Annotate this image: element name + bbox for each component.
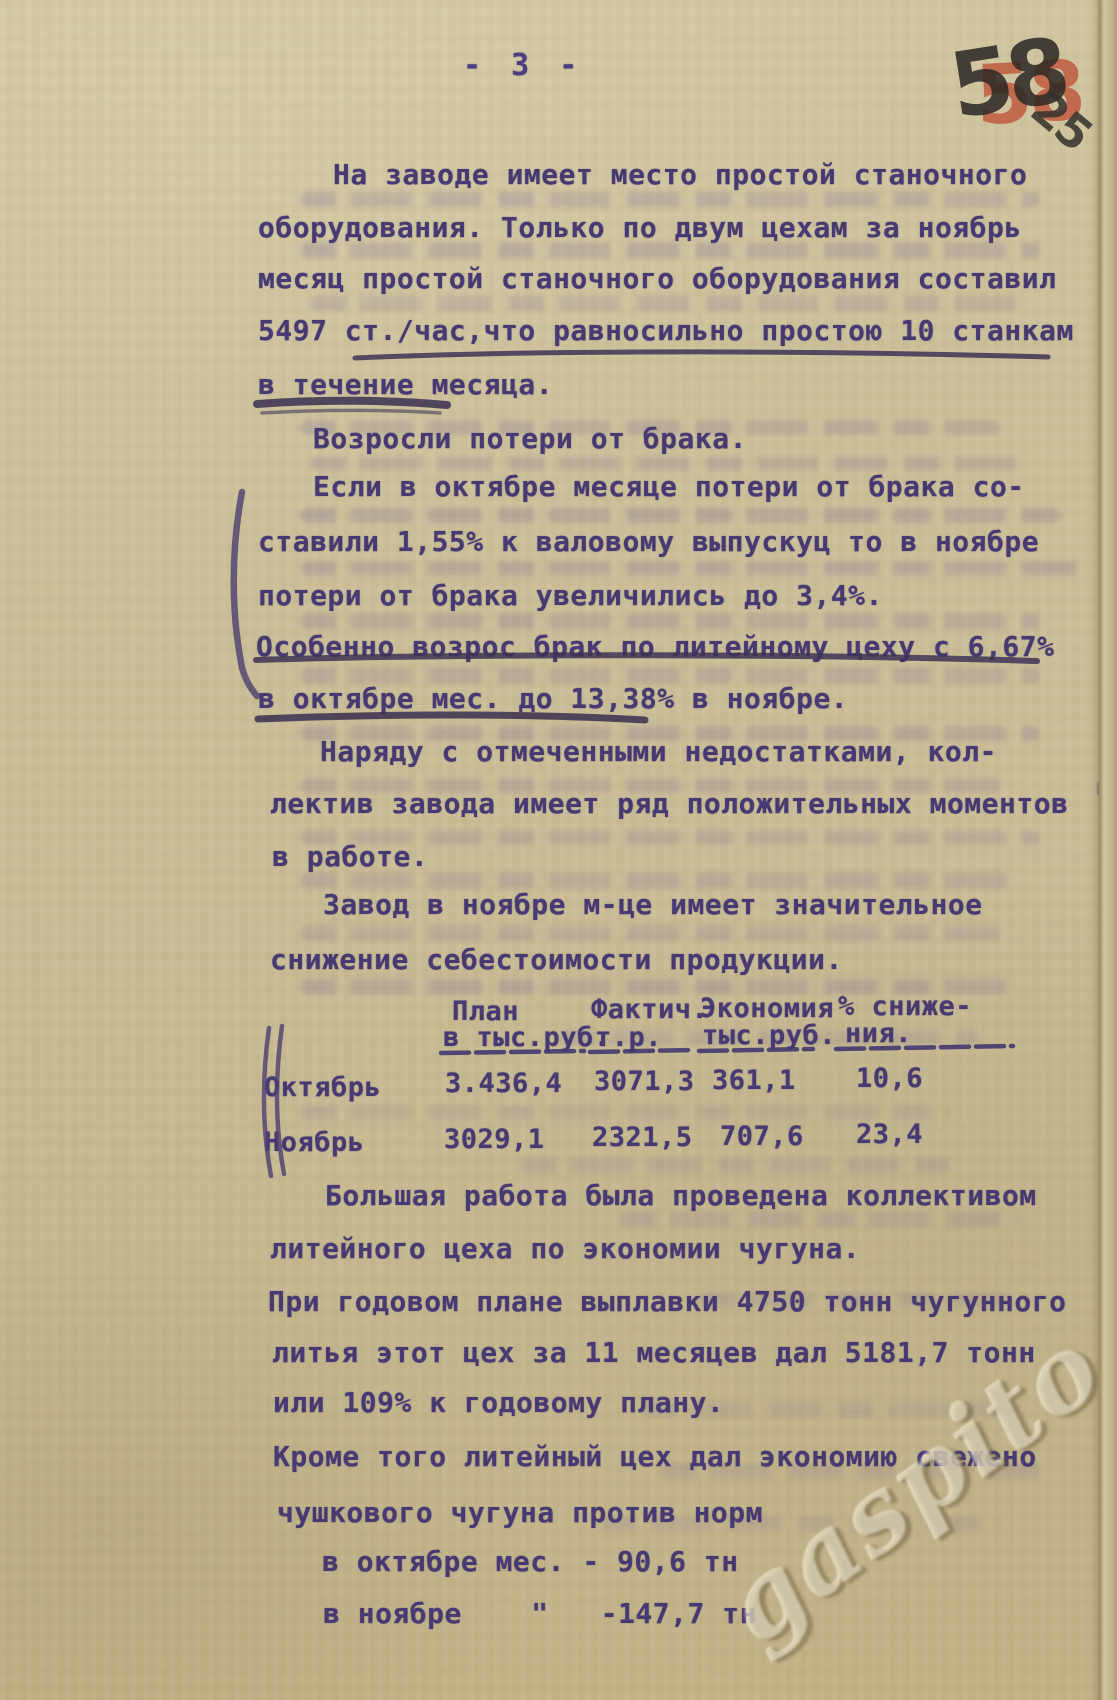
document-page: - 3 - На заводе имеет место простой стан…: [0, 0, 1117, 1700]
bleedthrough-line: [520, 1158, 950, 1173]
bleedthrough-line: [300, 926, 1000, 941]
typed-line: снижение себестоимости продукции.: [270, 943, 843, 976]
typed-line: ставили 1,55% к валовому выпускуц то в н…: [258, 525, 1039, 558]
typed-line: чушкового чугуна против норм: [277, 1496, 763, 1529]
typed-line: или 109% к годовому плану.: [273, 1386, 724, 1419]
table-row-label: Ноябрь: [264, 1127, 365, 1158]
typed-line: Наряду с отмеченными недостатками, кол-: [320, 735, 997, 768]
typed-line: Завод в ноябре м-це имеет значительное: [323, 888, 983, 921]
table-cell: 10,6: [856, 1063, 923, 1094]
typed-line: лектив завода имеет ряд положительных мо…: [270, 787, 1068, 820]
bleedthrough-line: [300, 668, 1040, 683]
bleedthrough-line: [310, 296, 1030, 311]
bleedthrough-line: [300, 508, 1060, 523]
typed-line: в ноябре " -147,7 тн: [323, 1597, 757, 1630]
typed-line: потери от брака увеличились до 3,4%.: [258, 579, 883, 612]
bleedthrough-line: [310, 456, 1030, 471]
underline-stroke: [258, 715, 645, 720]
table-header: в тыс.руб.: [443, 1022, 611, 1053]
typed-line: Если в октябре месяце потери от брака со…: [313, 470, 1025, 503]
typed-line: 5497 ст./час,что равносильно простою 10 …: [258, 314, 1074, 347]
bleedthrough-line: [620, 1212, 1020, 1227]
typed-line: При годовом плане выплавки 4750 тонн чуг…: [268, 1285, 1066, 1318]
bleedthrough-line: [300, 243, 1040, 258]
bleedthrough-line: [300, 614, 1040, 629]
typed-line: литейного цеха по экономии чугуна.: [270, 1232, 860, 1265]
table-header: т.р.: [595, 1022, 662, 1053]
page-right-edge: [1090, 0, 1117, 1700]
typed-line: в работе.: [272, 840, 428, 873]
bleedthrough-line: [300, 192, 1040, 207]
typed-line: Особенно возрос брак по литейному цеху с…: [256, 630, 1054, 663]
typed-line: месяц простой станочного оборудования со…: [258, 262, 1056, 295]
bleedthrough-line: [300, 561, 1080, 576]
bleedthrough-line: [300, 873, 1020, 888]
underline-stroke: [257, 401, 447, 405]
table-header: тыс.руб.: [702, 1020, 836, 1051]
page-number: - 3 -: [463, 48, 583, 83]
table-cell: 707,6: [720, 1121, 804, 1152]
table-cell: 3071,3: [594, 1066, 695, 1097]
typed-line: оборудования. Только по двум цехам за но…: [258, 211, 1022, 244]
underline-stroke: [262, 410, 440, 413]
typed-line: Большая работа была проведена коллективо…: [325, 1179, 1037, 1212]
underline-stroke: [355, 352, 1048, 358]
watermark-text: gaspito.ru: [703, 1199, 1117, 1668]
typed-line: в течение месяца.: [258, 368, 553, 401]
table-cell: 3.436,4: [445, 1068, 562, 1099]
table-cell: 2321,5: [592, 1122, 693, 1153]
margin-mark: [234, 492, 257, 696]
table-header: Фактич.: [591, 994, 708, 1025]
table-cell: 23,4: [856, 1119, 923, 1150]
handwritten-red-number: 58: [973, 44, 1084, 144]
typed-line: литья этот цех за 11 месяцев дал 5181,7 …: [272, 1336, 1036, 1369]
handwritten-black-number: 58: [943, 18, 1073, 140]
table-header: ния.: [845, 1018, 912, 1049]
table-cell: 361,1: [712, 1065, 796, 1096]
typed-line: в октябре мес. - 90,6 тн: [322, 1545, 739, 1578]
bleedthrough-line: [300, 1105, 950, 1120]
typed-line: На заводе имеет место простой станочного: [333, 158, 1027, 191]
typed-line: Возросли потери от брака.: [313, 422, 747, 455]
table-row-label: Октябрь: [264, 1072, 381, 1103]
table-cell: 3029,1: [444, 1124, 545, 1155]
typed-line: в октябре мес. до 13,38% в ноябре.: [258, 682, 848, 715]
